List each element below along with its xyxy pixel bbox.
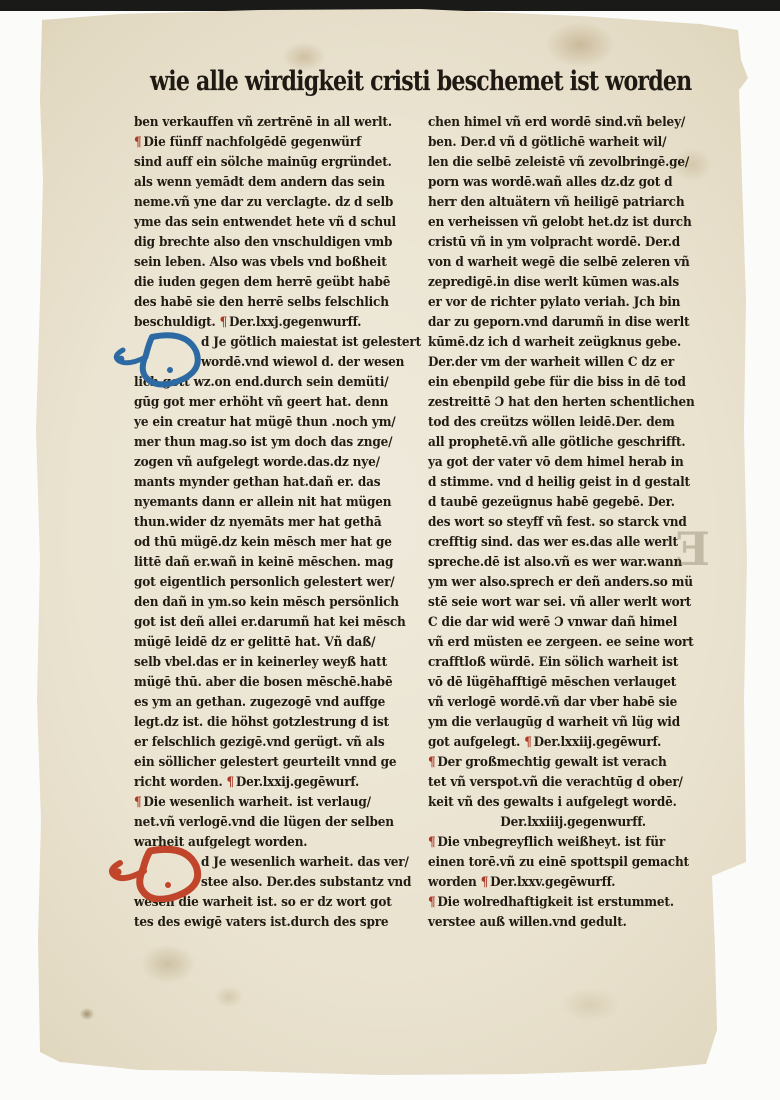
text-line: nyemants dann er allein nit hat mügen [134, 493, 424, 513]
text-line: des habē sie den herrē selbs felschlich [134, 293, 424, 313]
text-line: legt.dz ist. die höhst gotzlestrung d is… [134, 713, 424, 733]
text-line: tes des ewigē vaters ist.durch des spre [134, 913, 424, 933]
text-line: sind auff ein sölche mainūg ergründet. [134, 153, 424, 173]
page-headline: wie alle wirdigkeit cristi beschemet ist… [150, 66, 691, 97]
text-line: sein leben. Also was vbels vnd boßheit [134, 253, 424, 273]
text-line: ben. Der.d vñ d götlichē warheit wil/ [428, 133, 718, 153]
text-line: d taubē gezeügnus habē gegebē. Der. [428, 493, 718, 513]
text-line: ein ebenpild gebe für die biss in dē tod [428, 373, 718, 393]
text-line: mügē leidē dz er gelittē hat. Vñ daß/ [134, 633, 424, 653]
text-line: ya got der vater vō dem himel herab in [428, 453, 718, 473]
stain-spot [560, 988, 620, 1022]
text-line: yme das sein entwendet hete vñ d schul [134, 213, 424, 233]
text-line: des wort so steyff vñ fest. so starck vn… [428, 513, 718, 533]
screenshot-root: { "page": { "headline": "wie alle wirdig… [0, 0, 780, 1100]
text-line: ¶Die vnbegreyflich weißheyt. ist für [428, 833, 718, 853]
pilcrow-rubric-mark: ¶ [227, 775, 236, 790]
text-line: thun.wider dz nyemāts mer hat gethā [134, 513, 424, 533]
text-line: ¶Der großmechtig gewalt ist verach [428, 753, 718, 773]
text-line: mügē thū. aber die bosen mēschē.habē [134, 673, 424, 693]
stain-spot [545, 22, 615, 68]
text-column-right: chen himel vñ erd wordē sind.vñ beley/be… [428, 113, 718, 933]
text-line: einen torē.vñ zu einē spottspil gemacht [428, 853, 718, 873]
text-line: mer thun mag.so ist ym doch das znge/ [134, 433, 424, 453]
text-line: dig brechte also den vnschuldigen vmb [134, 233, 424, 253]
text-line: Der.lxxiiij.gegenwurff. [428, 813, 718, 833]
pilcrow-rubric-mark: ¶ [134, 135, 143, 150]
pilcrow-rubric-mark: ¶ [481, 875, 490, 890]
text-line: cristū vñ in ym volpracht wordē. Der.d [428, 233, 718, 253]
text-line: porn was wordē.wañ alles dz.dz got d [428, 173, 718, 193]
pilcrow-rubric-mark: ¶ [524, 735, 533, 750]
text-line: ym die verlaugūg d warheit vñ lüg wid [428, 713, 718, 733]
text-line: gūg got mer erhöht vñ geert hat. denn [134, 393, 424, 413]
text-line: spreche.dē ist also.vñ es wer war.wann [428, 553, 718, 573]
text-line: vō dē lügēhafftigē mēschen verlauget [428, 673, 718, 693]
text-line: got ist deñ allei er.darumñ hat kei mēsc… [134, 613, 424, 633]
manuscript-leaf: wie alle wirdigkeit cristi beschemet ist… [0, 0, 780, 1100]
text-line: mants mynder gethan hat.dañ er. das [134, 473, 424, 493]
text-line: tod des creützs wöllen leidē.Der. dem [428, 413, 718, 433]
text-line: all prophetē.vñ alle götliche geschrifft… [428, 433, 718, 453]
text-line: es ym an gethan. zugezogē vnd auffge [134, 693, 424, 713]
text-line: od thū mügē.dz kein mēsch mer hat ge [134, 533, 424, 553]
text-line: als wenn yemādt dem andern das sein [134, 173, 424, 193]
text-line: kūmē.dz ich d warheit zeügknus gebe. [428, 333, 718, 353]
text-line: ¶Die fünff nachfolgēdē gegenwürf [134, 133, 424, 153]
text-line: ¶Die wesenlich warheit. ist verlaug/ [134, 793, 424, 813]
text-line: vñ erd müsten ee zergeen. ee seine wort [428, 633, 718, 653]
text-line: zogen vñ aufgelegt worde.das.dz nye/ [134, 453, 424, 473]
text-line: verstee auß willen.vnd gedult. [428, 913, 718, 933]
text-line: crafftloß würdē. Ein sölich warheit ist [428, 653, 718, 673]
text-line: len die selbē zeleistē vñ zevolbringē.ge… [428, 153, 718, 173]
illuminated-initial-red-D [108, 844, 212, 902]
text-line: ¶Die wolredhaftigkeit ist erstummet. [428, 893, 718, 913]
text-line: herr den altuätern vñ heiligē patriarch [428, 193, 718, 213]
text-line: C die dar wid werē Ɔ vnwar dañ himel [428, 613, 718, 633]
stain-speck [80, 1008, 94, 1020]
text-line: den dañ in ym.so kein mēsch persönlich [134, 593, 424, 613]
stain-spot [140, 944, 196, 984]
text-line: got aufgelegt. ¶Der.lxxiij.gegēwurf. [428, 733, 718, 753]
text-line: richt worden. ¶Der.lxxij.gegēwurf. [134, 773, 424, 793]
pilcrow-rubric-mark: ¶ [428, 835, 437, 850]
text-line: dar zu geporn.vnd darumñ in dise werlt [428, 313, 718, 333]
text-line: Der.der vm der warheit willen C dz er [428, 353, 718, 373]
text-line: d stimme. vnd d heilig geist in d gestal… [428, 473, 718, 493]
text-line: stē seie wort war sei. vñ aller werlt wo… [428, 593, 718, 613]
text-line: chen himel vñ erd wordē sind.vñ beley/ [428, 113, 718, 133]
text-line: vñ verlogē wordē.vñ dar vber habē sie [428, 693, 718, 713]
text-line: en verheissen vñ gelobt het.dz ist durch [428, 213, 718, 233]
pilcrow-rubric-mark: ¶ [220, 315, 229, 330]
text-line: zestreittē Ɔ hat den herten schentlichen [428, 393, 718, 413]
text-line: crefftig sind. das wer es.das alle werlt [428, 533, 718, 553]
text-line: zepredigē.in dise werlt kūmen was.als [428, 273, 718, 293]
text-line: neme.vñ yne dar zu verclagte. dz d selb [134, 193, 424, 213]
pilcrow-rubric-mark: ¶ [428, 895, 437, 910]
text-line: ye ein creatur hat mügē thun .noch ym/ [134, 413, 424, 433]
pilcrow-rubric-mark: ¶ [428, 755, 437, 770]
text-line: ein söllicher gelestert geurteilt vnnd g… [134, 753, 424, 773]
text-line: got eigentlich personlich gelestert wer/ [134, 573, 424, 593]
text-line: tet vñ verspot.vñ die verachtūg d ober/ [428, 773, 718, 793]
stain-spot [214, 986, 244, 1008]
text-line: von d warheit wegē die selbē zeleren vñ [428, 253, 718, 273]
text-column-left: ben verkauffen vñ zertrēnē in all werlt.… [134, 113, 424, 933]
illuminated-initial-blue-D [112, 330, 216, 388]
text-line: littē dañ er.wañ in keinē mēschen. mag [134, 553, 424, 573]
pilcrow-rubric-mark: ¶ [134, 795, 143, 810]
text-line: ben verkauffen vñ zertrēnē in all werlt. [134, 113, 424, 133]
text-line: net.vñ verlogē.vnd die lügen der selben [134, 813, 424, 833]
text-line: die iuden gegen dem herrē geübt habē [134, 273, 424, 293]
text-line: selb vbel.das er in keinerley weyß hatt [134, 653, 424, 673]
text-line: er felschlich gezigē.vnd gerügt. vñ als [134, 733, 424, 753]
text-line: worden ¶Der.lxxv.gegēwurff. [428, 873, 718, 893]
text-line: er vor de richter pylato veriah. Jch bin [428, 293, 718, 313]
text-line: keit vñ des gewalts i aufgelegt wordē. [428, 793, 718, 813]
text-line: ym wer also.sprech er deñ anders.so mü [428, 573, 718, 593]
